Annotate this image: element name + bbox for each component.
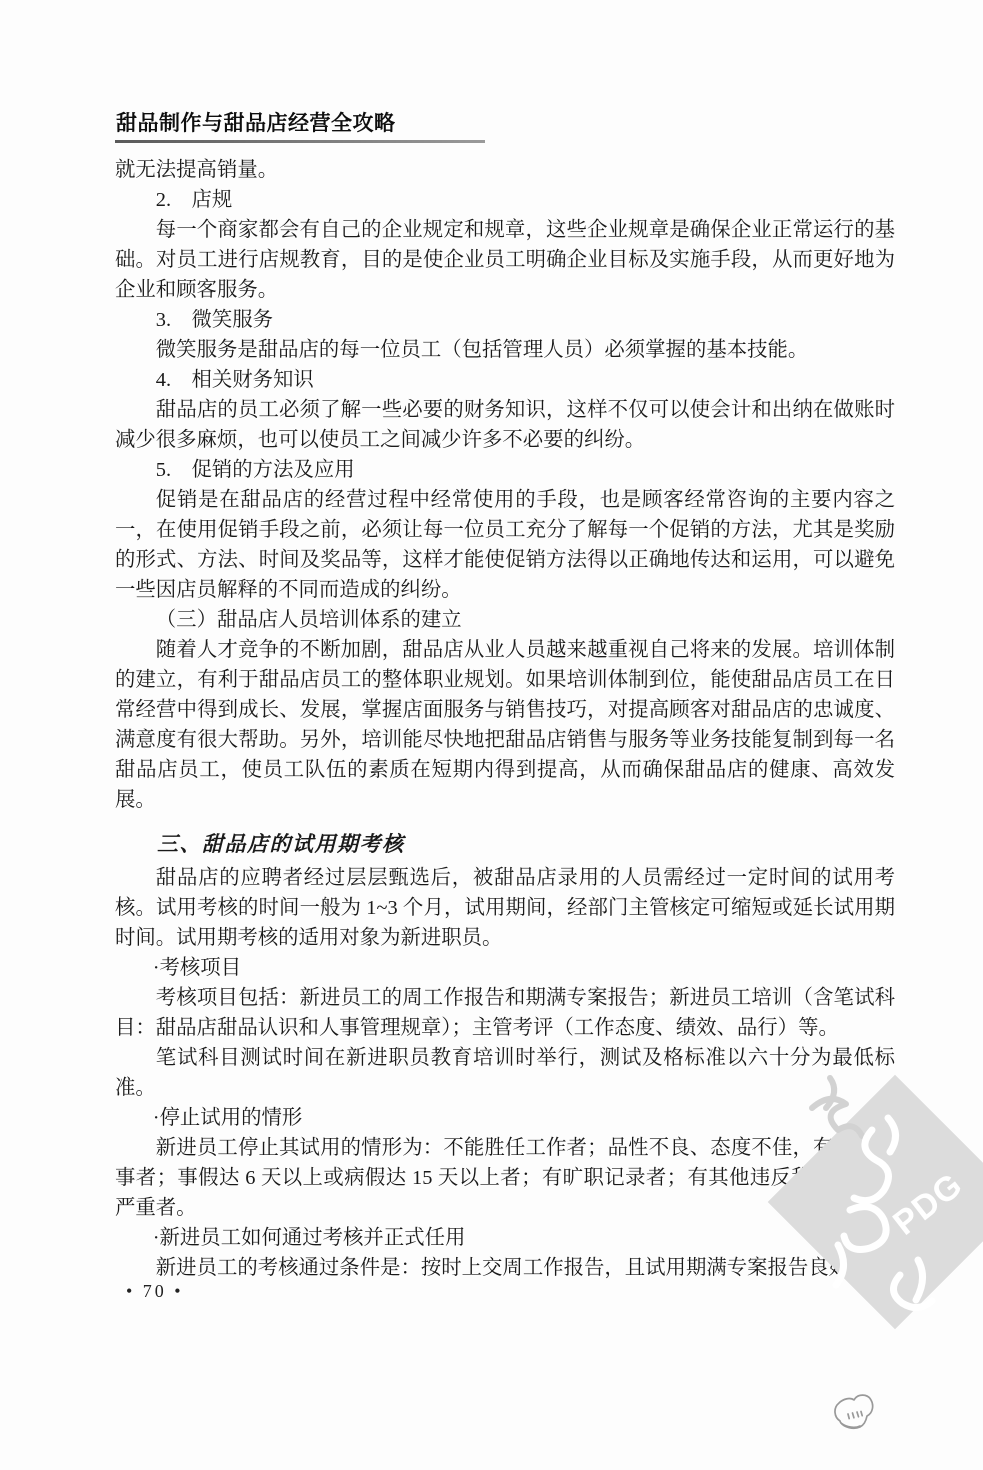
paragraph: 甜品店的应聘者经过层层甄选后，被甜品店录用的人员需经过一定时间的试用考核。试用考… — [115, 863, 895, 953]
sub-heading: 2. 店规 — [115, 185, 895, 215]
book-page: 甜品制作与甜品店经营全攻略 就无法提高销量。2. 店规每一个商家都会有自己的企业… — [0, 0, 983, 1470]
paragraph: 随着人才竞争的不断加剧，甜品店从业人员越来越重视自己将来的发展。培训体制的建立，… — [115, 635, 895, 815]
sub-heading: 4. 相关财务知识 — [115, 365, 895, 395]
paragraph: 甜品店的员工必须了解一些必要的财务知识，这样不仅可以使会计和出纳在做账时减少很多… — [115, 395, 895, 455]
paragraph: 促销是在甜品店的经营过程中经常使用的手段，也是顾客经常咨询的主要内容之一，在使用… — [115, 485, 895, 605]
header-rule — [115, 140, 485, 143]
section-heading: 三、甜品店的试用期考核 — [115, 827, 895, 861]
paragraph: 微笑服务是甜品店的每一位员工（包括管理人员）必须掌握的基本技能。 — [115, 335, 895, 365]
sub-heading: （三）甜品店人员培训体系的建立 — [115, 605, 895, 635]
paragraph: 考核项目包括：新进员工的周工作报告和期满专案报告；新进员工培训（含笔试科目：甜品… — [115, 983, 895, 1043]
bullet-heading: ·考核项目 — [115, 953, 895, 983]
running-header: 甜品制作与甜品店经营全攻略 — [116, 107, 396, 137]
page-number: • 70 • — [126, 1281, 184, 1302]
paragraph: 就无法提高销量。 — [115, 155, 895, 185]
sub-heading: 5. 促销的方法及应用 — [115, 455, 895, 485]
chef-hat-icon — [831, 1390, 877, 1436]
paragraph: 每一个商家都会有自己的企业规定和规章，这些企业规章是确保企业正常运行的基础。对员… — [115, 215, 895, 305]
sub-heading: 3. 微笑服务 — [115, 305, 895, 335]
